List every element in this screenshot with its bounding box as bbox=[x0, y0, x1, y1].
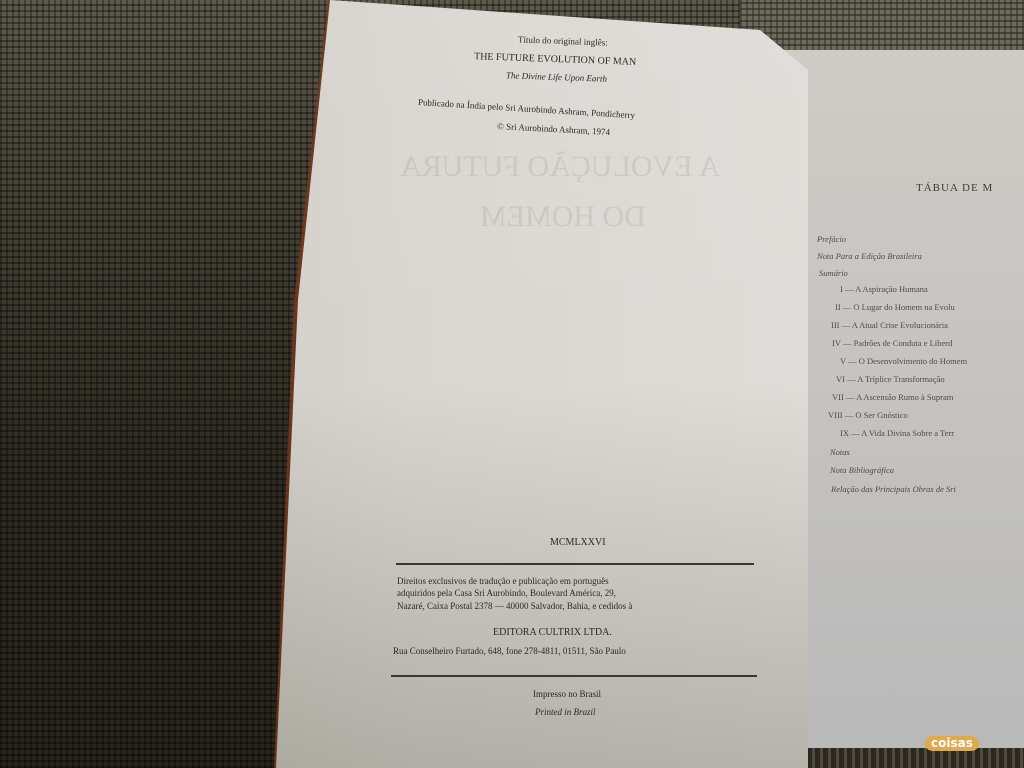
toc-item: Prefácio bbox=[817, 234, 846, 244]
toc-item: Sumário bbox=[819, 268, 848, 278]
toc-chapter: VII — A Ascensão Rumo à Supram bbox=[832, 392, 953, 402]
chapter-number: VIII bbox=[828, 410, 843, 420]
bleed-through-line: A EVOLUÇÃO FUTURA bbox=[400, 150, 720, 184]
chapter-number: IV bbox=[832, 338, 841, 348]
watermark-logo: coisas bbox=[925, 736, 979, 751]
chapter-title: O Lugar do Homem na Evolu bbox=[853, 302, 954, 312]
top-rule bbox=[396, 563, 754, 565]
chapter-title: Padrões de Conduta e Liberd bbox=[854, 338, 953, 348]
chapter-number: VI bbox=[836, 374, 845, 384]
toc-chapter: II — O Lugar do Homem na Evolu bbox=[835, 302, 955, 312]
toc-chapter: IX — A Vida Divina Sobre a Terr bbox=[840, 428, 954, 438]
toc-chapter: V — O Desenvolvimento do Homem bbox=[840, 356, 967, 366]
toc-item: Nota Para a Edição Brasileira bbox=[817, 251, 922, 261]
year-roman: MCMLXXVI bbox=[550, 537, 606, 548]
rights-line: adquiridos pela Casa Sri Aurobindo, Boul… bbox=[397, 588, 616, 598]
chapter-number: III bbox=[831, 320, 840, 330]
toc-item: Notas bbox=[830, 447, 850, 457]
printed-in-brazil-pt: Impresso no Brasil bbox=[533, 689, 601, 699]
printed-in-brazil-en: Printed in Brazil bbox=[535, 707, 596, 717]
toc-item: Nota Bibliográfica bbox=[830, 465, 894, 475]
toc-chapter: I — A Aspiração Humana bbox=[840, 284, 928, 294]
chapter-number: I bbox=[840, 284, 843, 294]
toc-chapter: VIII — O Ser Gnóstico bbox=[828, 410, 908, 420]
toc-chapter: IV — Padrões de Conduta e Liberd bbox=[832, 338, 952, 348]
chapter-title: A Atual Crise Evolucionária bbox=[852, 320, 948, 330]
rights-line: Nazaré, Caixa Postal 2378 — 40000 Salvad… bbox=[397, 601, 632, 611]
toc-chapter: VI — A Tríplice Transformação bbox=[836, 374, 945, 384]
chapter-title: A Vida Divina Sobre a Terr bbox=[861, 428, 954, 438]
bottom-rule bbox=[391, 675, 757, 677]
chapter-title: O Desenvolvimento do Homem bbox=[859, 356, 967, 366]
chapter-number: IX bbox=[840, 428, 849, 438]
toc-chapter: III — A Atual Crise Evolucionária bbox=[831, 320, 948, 330]
chapter-title: A Ascensão Rumo à Supram bbox=[856, 392, 953, 402]
chapter-number: II bbox=[835, 302, 841, 312]
fabric-bottom-strip bbox=[780, 748, 1024, 768]
chapter-number: V bbox=[840, 356, 846, 366]
chapter-title: A Aspiração Humana bbox=[855, 284, 928, 294]
publisher-name: EDITORA CULTRIX LTDA. bbox=[493, 627, 612, 638]
chapter-title: O Ser Gnóstico bbox=[855, 410, 907, 420]
fabric-top-strip bbox=[740, 0, 1024, 52]
chapter-number: VII bbox=[832, 392, 844, 402]
toc-title: TÁBUA DE M bbox=[916, 182, 993, 194]
toc-item: Relação das Principais Obras de Sri bbox=[831, 484, 956, 494]
rights-line: Direitos exclusivos de tradução e public… bbox=[397, 576, 609, 586]
bleed-through-line: DO HOMEM bbox=[480, 200, 646, 234]
chapter-title: A Tríplice Transformação bbox=[857, 374, 944, 384]
publisher-address: Rua Conselheiro Furtado, 648, fone 278-4… bbox=[393, 646, 626, 656]
